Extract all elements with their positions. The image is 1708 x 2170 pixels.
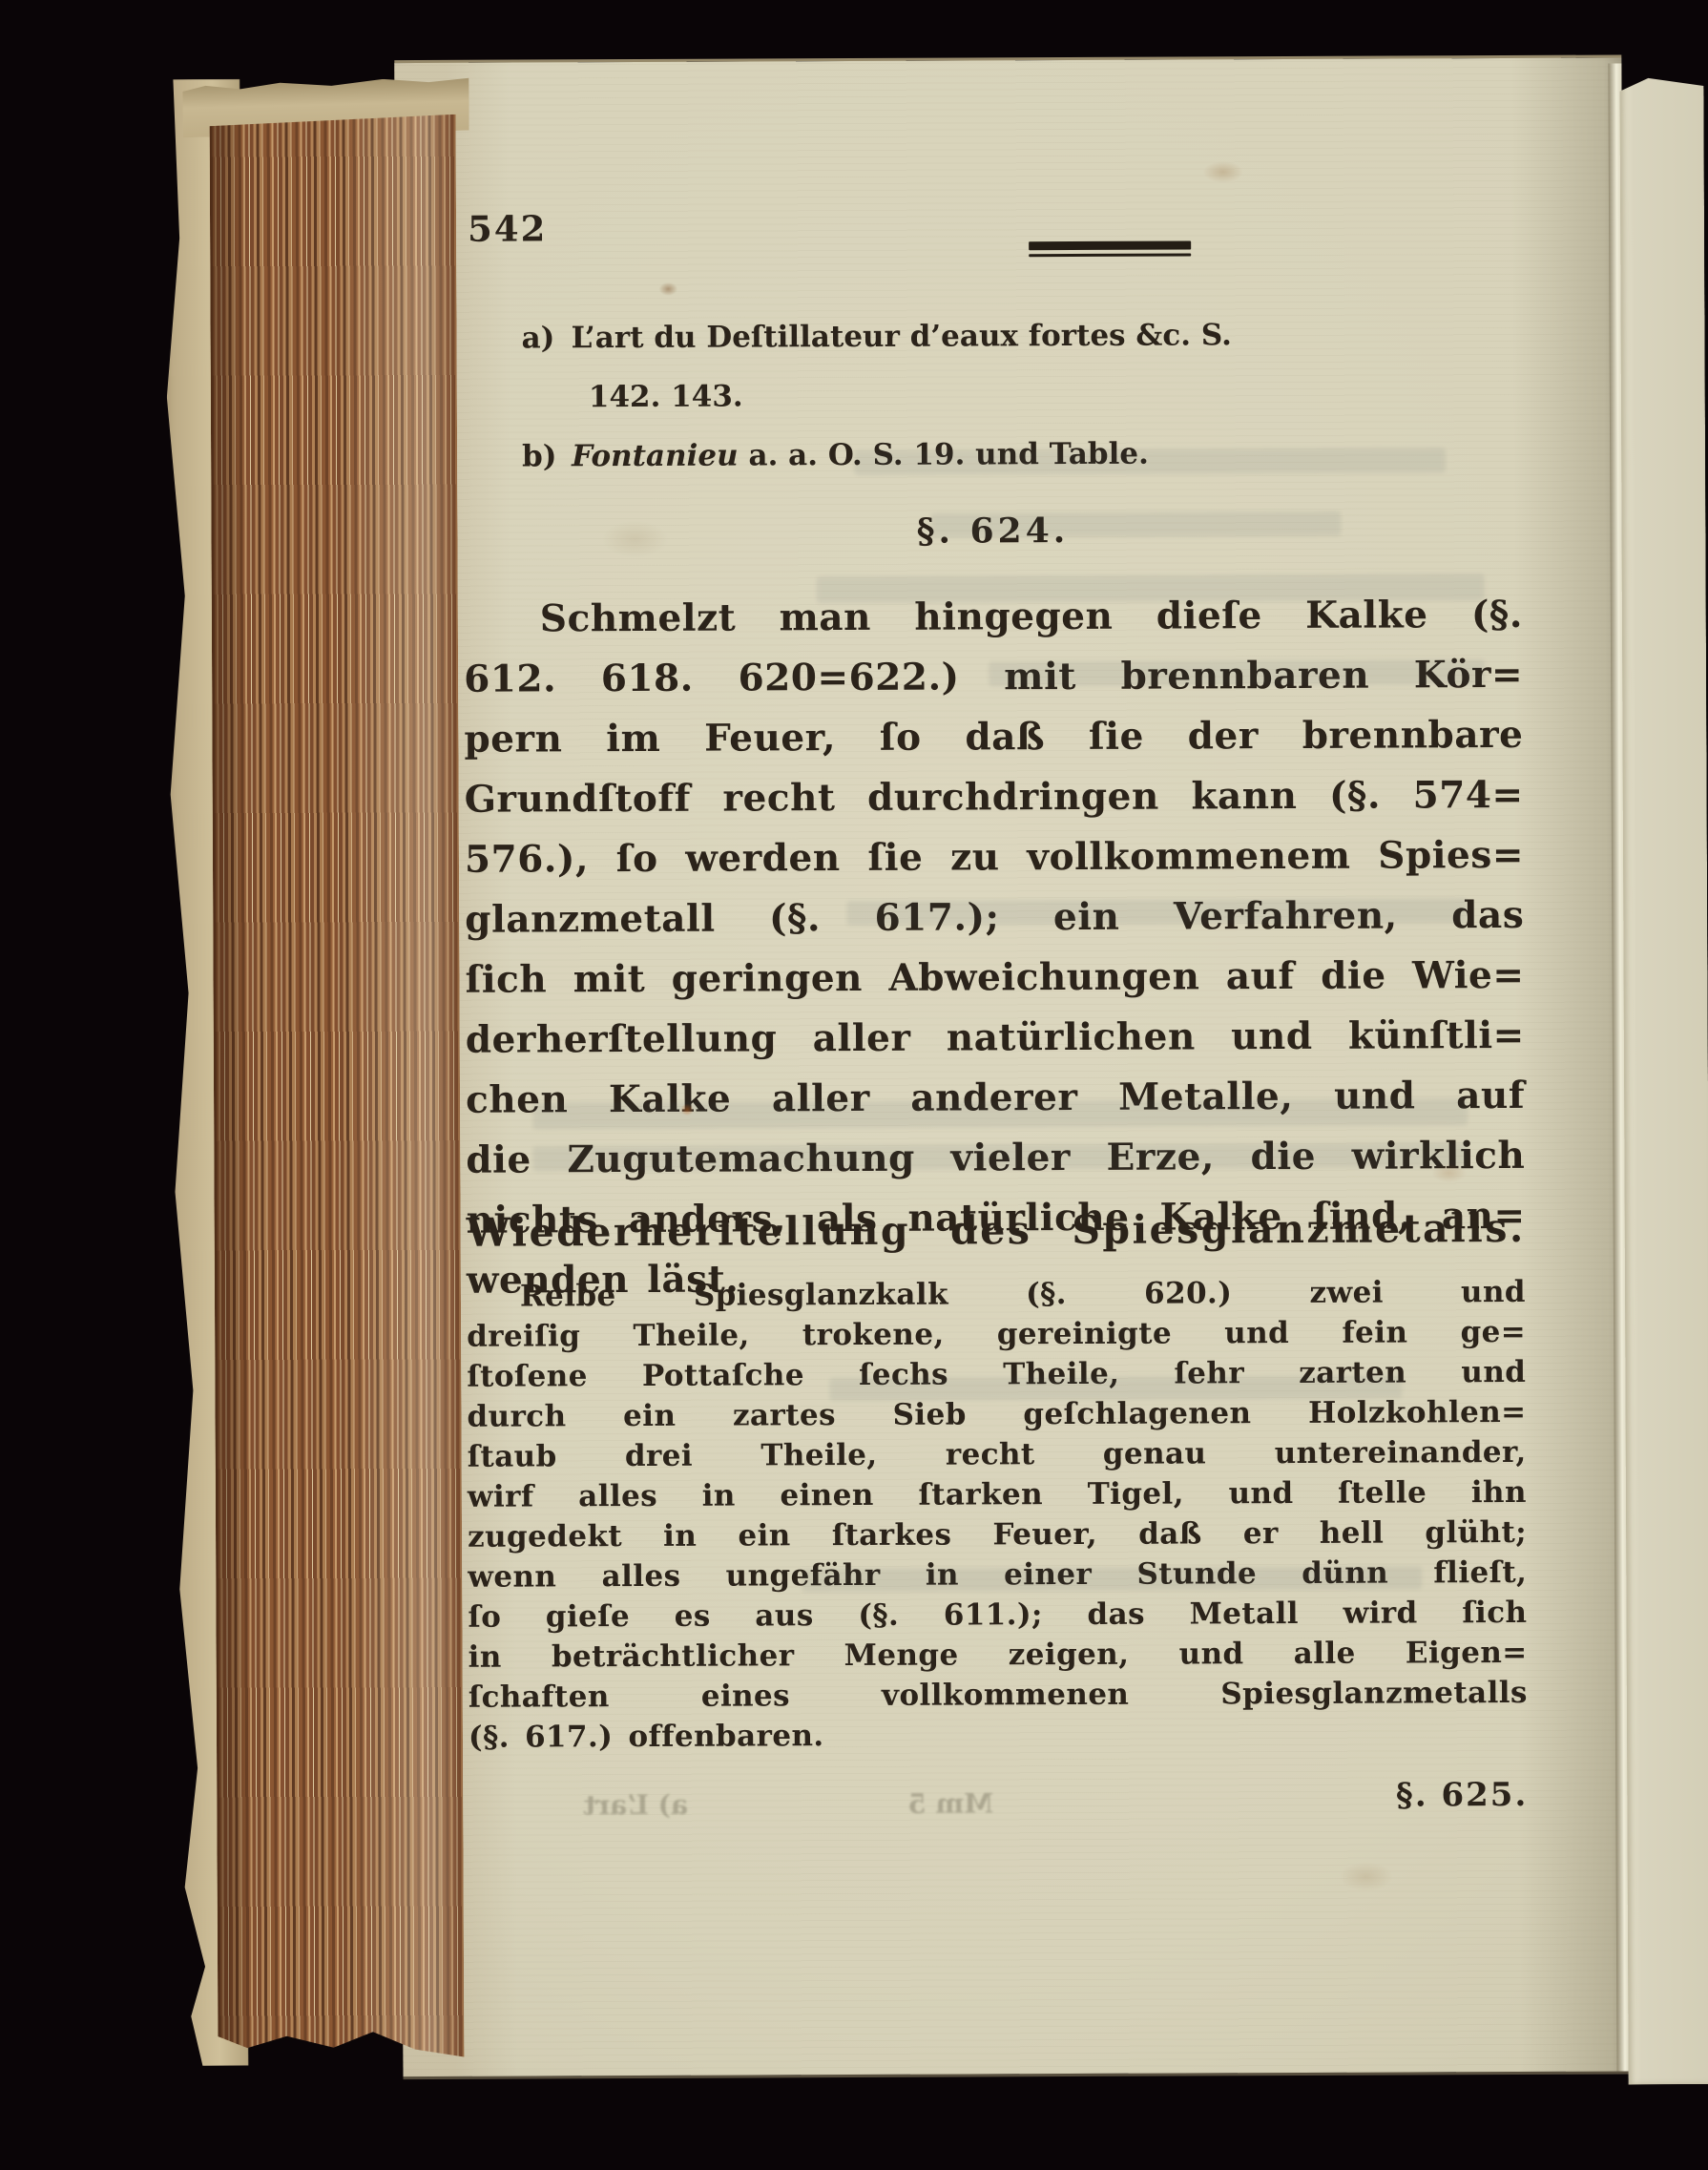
text-line: ſtoſene Pottaſche ſechs Theile, ſehr zar… [467,1352,1526,1397]
footnote-a-line1: a)L’art du Deſtillateur d’eaux fortes &c… [462,304,1521,368]
header-rule [1029,240,1191,257]
text-line: Schmelzt man hingegen dieſe Kalke (§. [464,585,1523,650]
footnote-b-rest: a. a. O. S. 19. und Table. [748,437,1149,473]
page-number: 542 [468,207,547,249]
text-line: zugedekt in ein ſtarkes Feuer, daß er he… [468,1513,1527,1557]
text-line: die Zugutemachung vieler Erze, die wirkl… [466,1126,1525,1191]
paragraph-recipe: Reibe Spiesglanzkalk (§. 620.) zwei und … [467,1272,1528,1758]
footnote-b-author: Fontanieu [572,439,739,474]
text-line: 612. 618. 620=622.) mit brennbaren Kör= [464,645,1523,710]
text-line: (§. 617.) offenbaren. [469,1713,1528,1758]
footnote-a-text: L’art du Deſtillateur d’eaux fortes &c. … [572,318,1232,355]
footnote-b-line: b)Fontanieu a. a. O. S. 19. und Table. [463,423,1522,487]
footnotes: a)L’art du Deſtillateur d’eaux fortes &c… [462,304,1522,487]
text-line: in beträchtlicher Menge zeigen, und alle… [469,1633,1528,1678]
text-line: pern im Feuer, ſo daß ſie der brennbare [464,705,1523,770]
footnote-b-label: b) [522,427,572,486]
book-page: 542 a)L’art du Deſtillateur d’eaux forte… [394,57,1630,2076]
bleed-through-signature-mark: Mm 5 [907,1787,993,1819]
text-line: ſich mit geringen Abweichungen auf die W… [465,946,1524,1011]
text-line: wirf alles in einen ſtarken Tigel, und ſ… [468,1472,1527,1517]
text-line: 576.), ſo werden ſie zu vollkommenem Spi… [465,825,1524,890]
footnote-a-label: a) [521,308,571,367]
text-line: Reibe Spiesglanzkalk (§. 620.) zwei und [467,1272,1526,1317]
section-heading: §. 624. [463,509,1522,553]
page-stack-fore-edge [210,115,465,2072]
bleed-through-left-ghost: a) L’art [583,1789,688,1821]
text-line: wenn alles ungefähr in einer Stunde dünn… [468,1553,1527,1597]
text-line: ſo gieſe es aus (§. 611.); das Metall wi… [468,1593,1527,1638]
text-line: ſchaften eines vollkommenen Spiesglanzme… [469,1673,1528,1718]
header-rule-thick [1029,240,1191,250]
footnote-b-text [739,438,749,472]
book-photo: 542 a)L’art du Deſtillateur d’eaux forte… [0,0,1708,2170]
text-line: chen Kalke aller anderer Metalle, und au… [466,1066,1525,1131]
text-line: ſtaub drei Theile, recht genau untereina… [468,1432,1527,1477]
header-rule-thin [1029,253,1191,257]
text-line: dreiſig Theile, trokene, gereinigte und … [467,1312,1526,1357]
facing-page-edge [1619,69,1708,2084]
sub-heading: Wiederherſtellung des Spiesglanzmetalls. [467,1200,1526,1262]
text-line: durch ein zartes Sieb geſchlagenen Holzk… [467,1392,1526,1437]
bottom-row: a) L’art Mm 5 §. 625. [469,1776,1528,1838]
text-line: Grundſtoff recht durchdringen kann (§. 5… [465,765,1524,830]
text-line: derherſtellung aller natürlichen und kün… [466,1006,1525,1071]
footnote-a-line2: 142. 143. [463,364,1522,428]
text-line: glanzmetall (§. 617.); ein Verfahren, da… [465,886,1524,950]
catchword-section-625: §. 625. [1396,1776,1528,1815]
